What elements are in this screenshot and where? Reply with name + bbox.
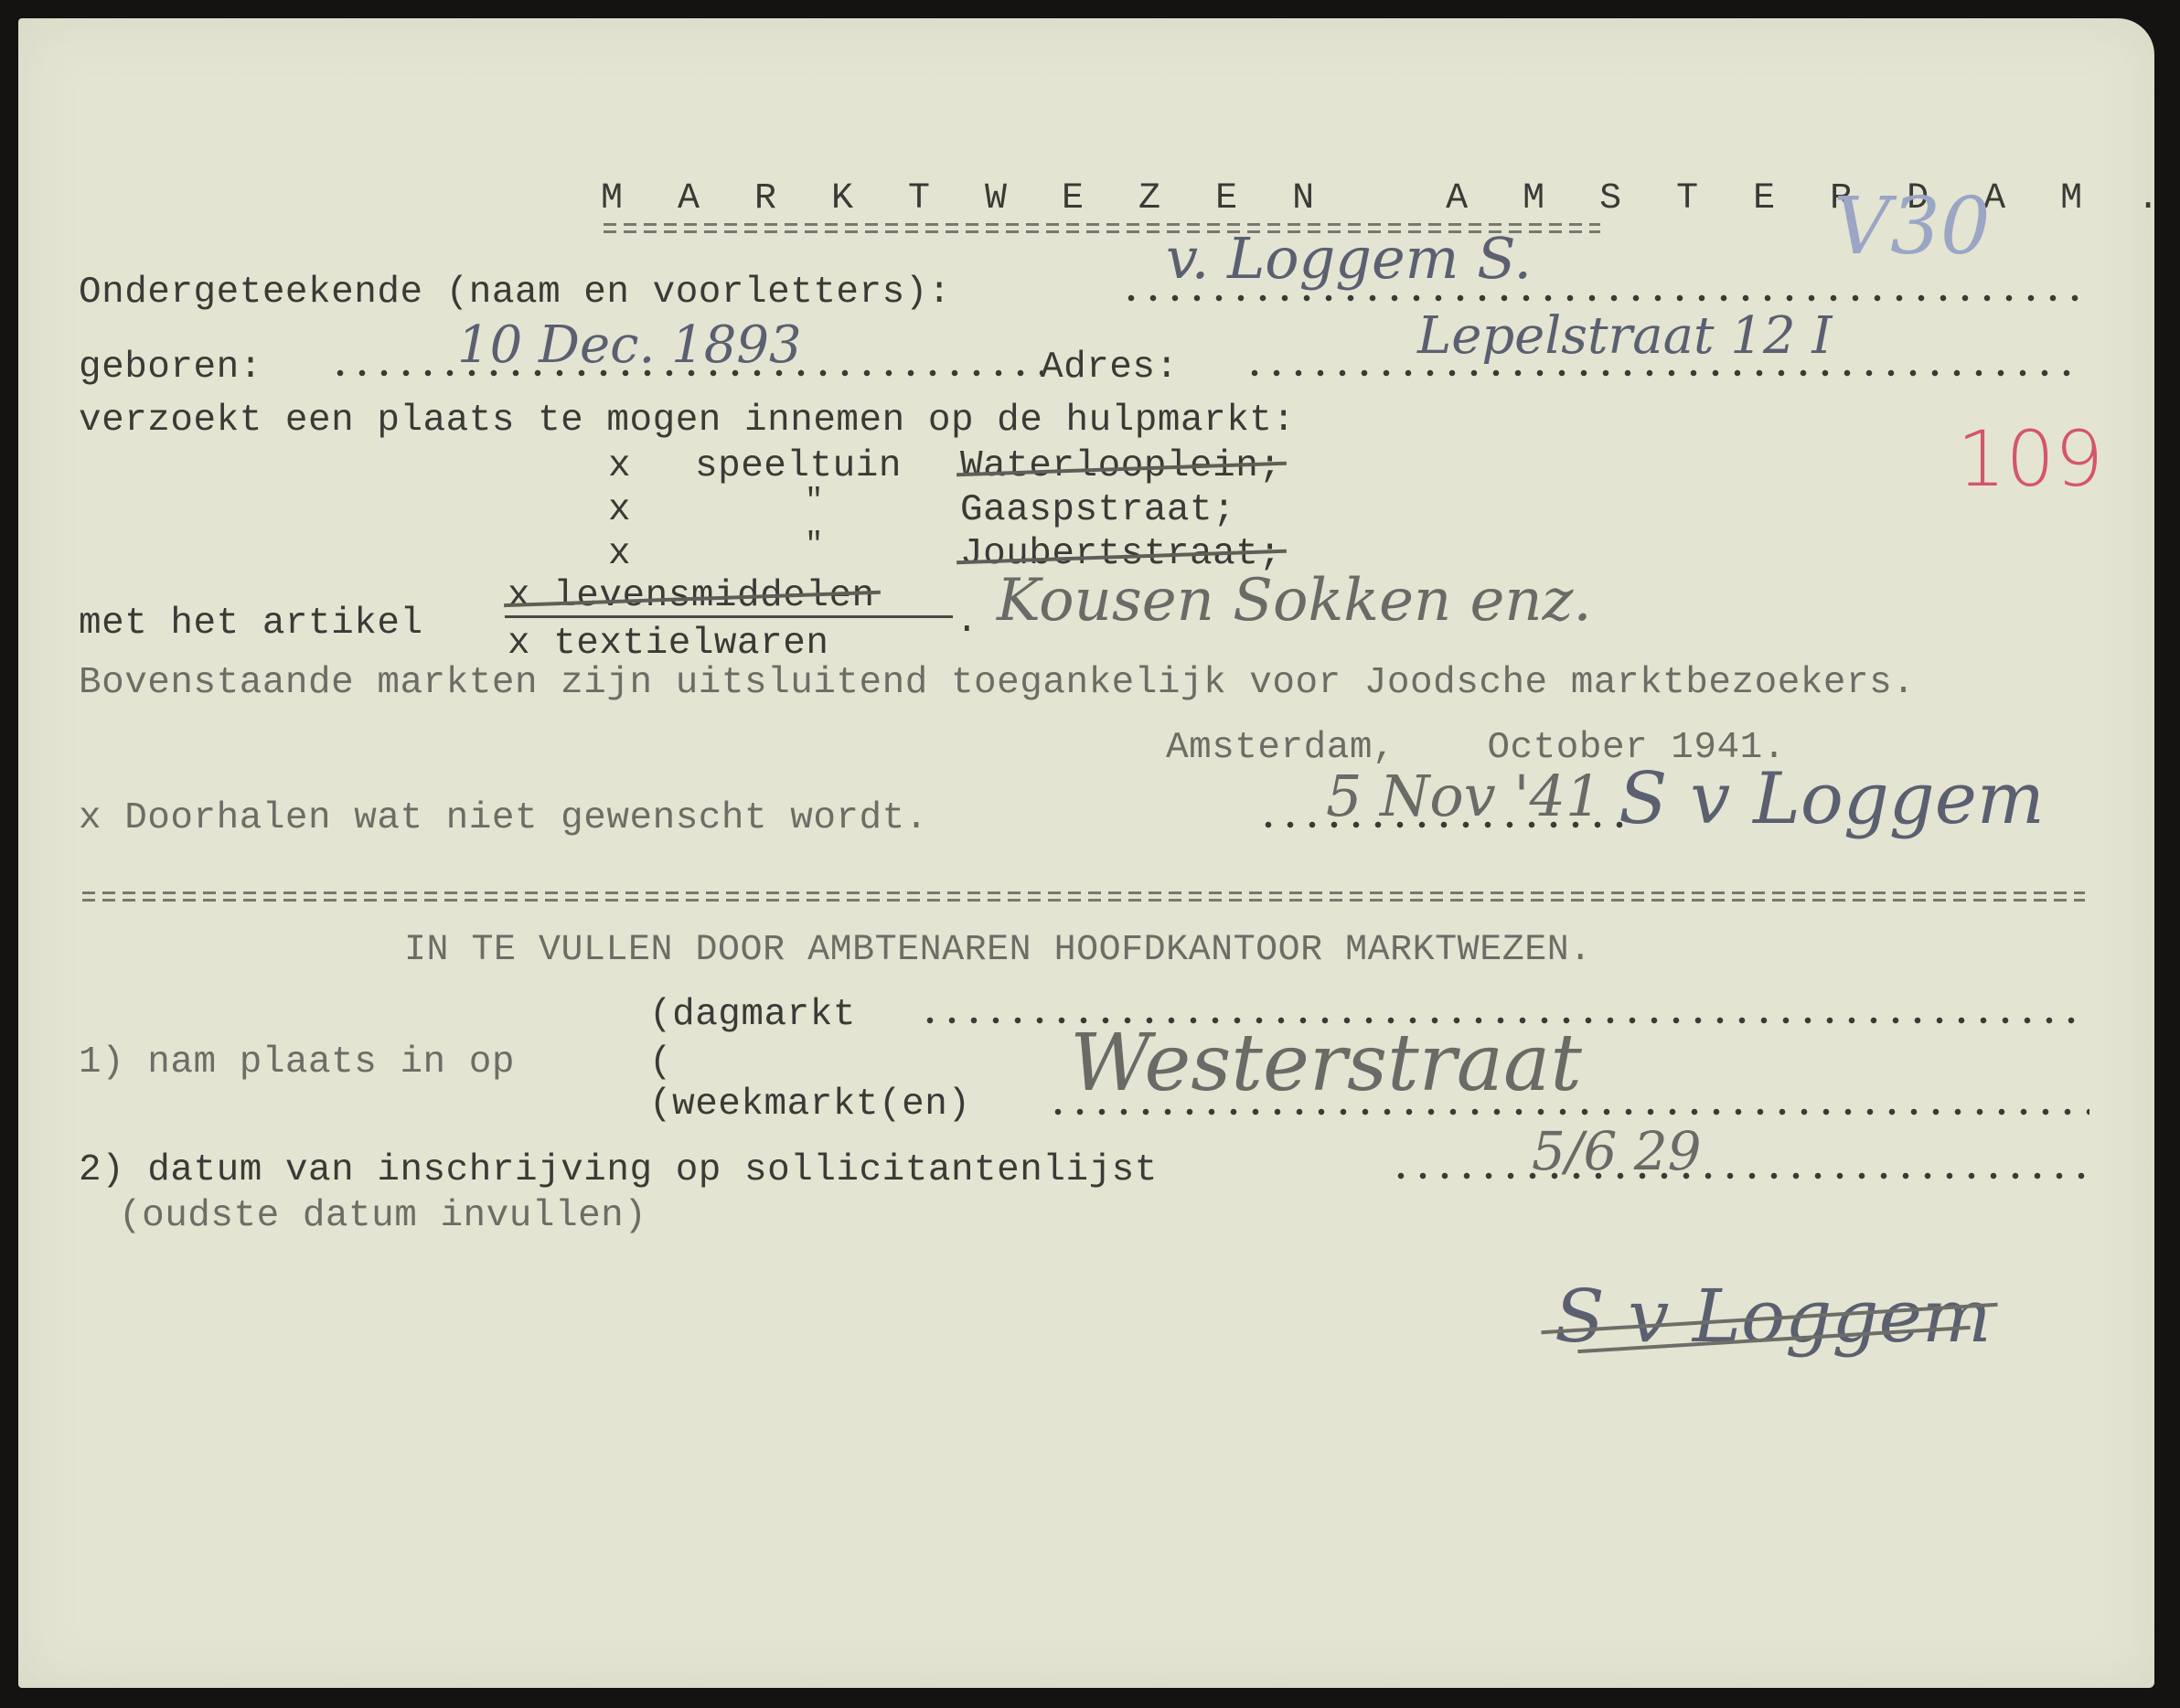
item1-weekmarket-label: (weekmarkt(en) [649, 1086, 970, 1124]
market-prefix-2: " [805, 486, 824, 518]
footnote: x Doorhalen wat niet gewenscht wordt. [79, 800, 928, 838]
article-option-food: x levensmiddelen [508, 578, 875, 615]
name-dotted-line [1120, 294, 2080, 302]
address-dotted-line [1244, 369, 2085, 377]
born-value: 10 Dec. 1893 [457, 320, 802, 371]
market-prefix-1: speeltuin [695, 448, 902, 486]
address-label: Adres: [1041, 349, 1179, 387]
item2-dotted-line [1390, 1172, 2089, 1180]
signed-date: 5 Nov '41 [1326, 768, 1601, 825]
notice-text: Bovenstaande markten zijn uitsluitend to… [79, 665, 1915, 702]
section-separator [82, 891, 2085, 902]
weekmarket-dotted-line [1047, 1108, 2089, 1116]
name-label: Ondergeteekende (naam en voorletters): [79, 274, 951, 312]
handwritten-reference-number: V30 [1833, 187, 1991, 266]
official-heading: IN TE VULLEN DOOR AMBTENAREN HOOFDKANTOO… [404, 933, 1592, 969]
article-option-1: x levensmiddelen [508, 575, 875, 617]
address-value: Lepelstraat 12 I [1417, 311, 1833, 362]
born-label: geboren: [79, 349, 262, 387]
item1-value: Westerstraat [1070, 1024, 1582, 1103]
article-option-2: x textielwaren [508, 625, 828, 663]
request-text: verzoekt een plaats te mogen innemen op … [79, 402, 1296, 440]
applicant-signature: S v Loggem [1619, 763, 2045, 835]
item1-label: 1) nam plaats in op [79, 1044, 515, 1082]
item1-daymarket-label: (dagmarkt [649, 997, 856, 1034]
item1-bracket: ( [649, 1044, 672, 1082]
market-prefix-3: " [805, 530, 824, 561]
item2-value: 5/6 29 [1532, 1125, 1702, 1178]
article-label: met het artikel [79, 605, 423, 643]
item2-sub-label: (oudste datum invullen) [119, 1198, 647, 1235]
article-fraction-line [505, 615, 953, 618]
market-waterlooplein: Waterlooplein; [960, 448, 1281, 486]
article-period: . [956, 603, 978, 641]
market-application-card: M A R K T W E Z E N A M S T E R D A M . … [18, 18, 2154, 1688]
handwritten-red-number: 109 [1957, 421, 2103, 497]
market-name-1: Waterlooplein; [960, 445, 1281, 487]
market-mark-3: x [608, 536, 631, 573]
market-mark-1: x [608, 448, 631, 486]
market-mark-2: x [608, 492, 631, 529]
name-value: v. Loggem S. [1166, 230, 1532, 287]
market-name-2: Gaaspstraat; [960, 492, 1235, 529]
item2-label: 2) datum van inschrijving op sollicitant… [79, 1152, 1158, 1190]
article-handwritten: Kousen Sokken enz. [997, 571, 1592, 630]
